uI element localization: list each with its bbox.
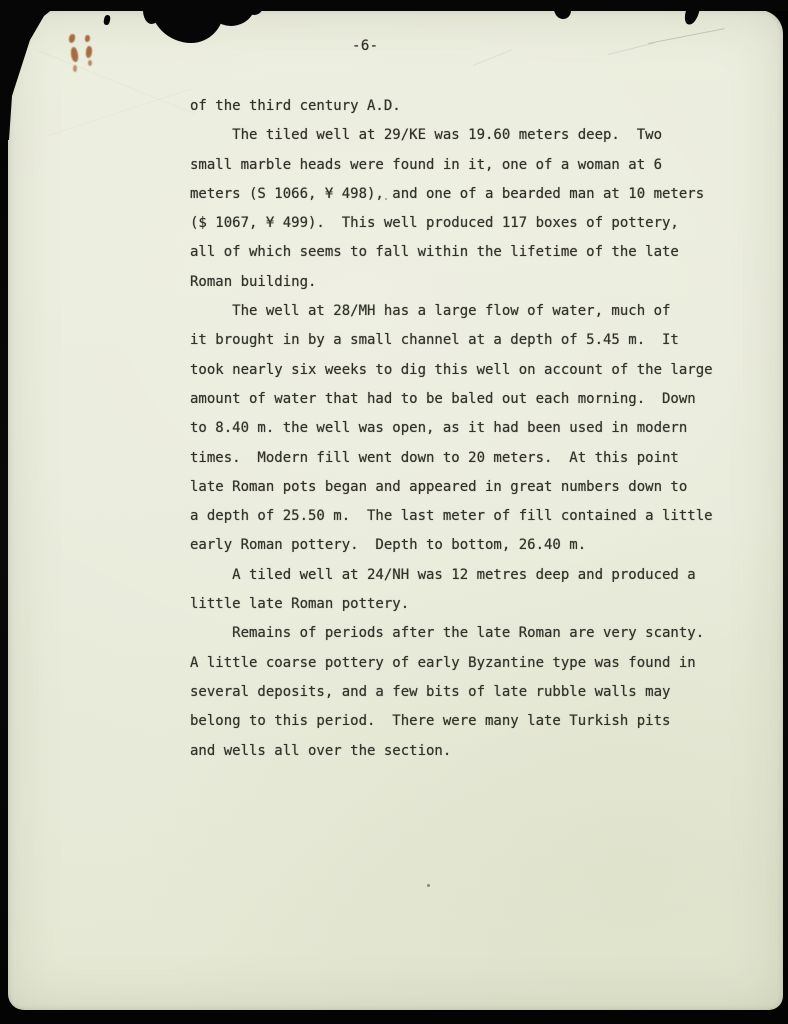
- page-number: -6-: [352, 38, 379, 54]
- torn-top-edge: [0, 0, 788, 11]
- rust-stain: [73, 65, 77, 72]
- typewritten-body-text: of the third century A.D. The tiled well…: [190, 92, 750, 766]
- paper-crease: [48, 89, 191, 136]
- rust-stain: [70, 47, 79, 63]
- paper-crease: [38, 50, 196, 115]
- rust-stain: [88, 60, 92, 66]
- torn-edge-notch: [554, 0, 571, 19]
- paper-crease: [473, 49, 512, 66]
- rust-stain: [68, 34, 75, 44]
- paper-crease: [608, 42, 655, 55]
- rust-stain: [85, 46, 92, 58]
- paper-crease: [648, 28, 725, 44]
- paper-speck: [427, 884, 430, 887]
- scanned-page-background: -6- of the third century A.D. The tiled …: [0, 0, 788, 1024]
- rust-stain: [85, 35, 90, 42]
